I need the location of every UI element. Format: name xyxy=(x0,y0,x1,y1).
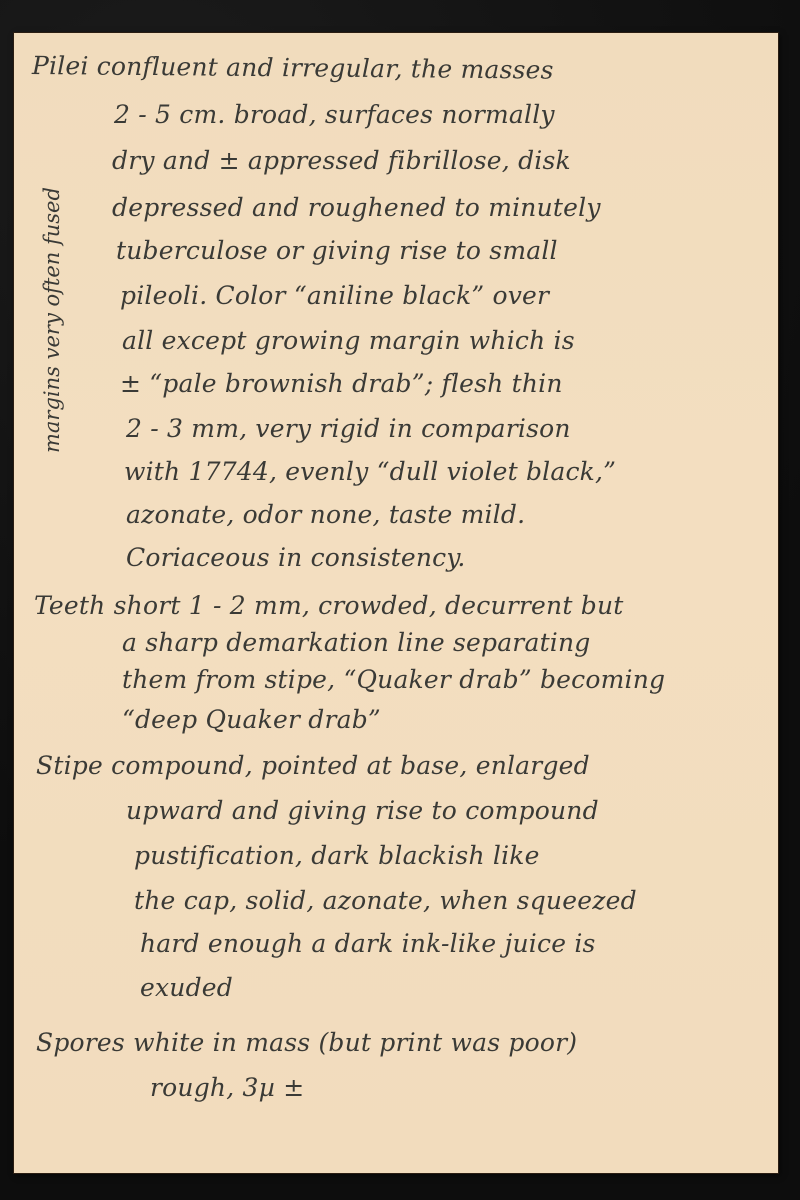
text-line: the cap, solid, azonate, when squeezed xyxy=(134,886,637,915)
text-line: dry and ± appressed fibrillose, disk xyxy=(112,146,571,175)
text-line: tuberculose or giving rise to small xyxy=(116,236,558,265)
text-line: all except growing margin which is xyxy=(122,326,575,355)
text-line: exuded xyxy=(140,973,233,1002)
text-line: 2 - 5 cm. broad, surfaces normally xyxy=(114,100,555,129)
text-line: a sharp demarkation line separating xyxy=(122,628,591,657)
margin-note: margins very often fused xyxy=(40,187,64,453)
text-line: Stipe compound, pointed at base, enlarge… xyxy=(36,751,590,780)
text-line: them from stipe, “Quaker drab” becoming xyxy=(122,665,665,694)
text-line: “deep Quaker drab” xyxy=(122,705,381,734)
text-line: azonate, odor none, taste mild. xyxy=(126,500,525,529)
text-line: Spores white in mass (but print was poor… xyxy=(36,1028,577,1057)
text-line: hard enough a dark ink-like juice is xyxy=(140,929,596,958)
index-card: margins very often fused Pilei confluent… xyxy=(14,33,778,1173)
text-line: pileoli. Color “aniline black” over xyxy=(120,281,549,310)
text-line: Coriaceous in consistency. xyxy=(126,543,466,572)
text-line: pustification, dark blackish like xyxy=(134,841,540,870)
text-line: Pilei confluent and irregular, the masse… xyxy=(32,51,554,85)
text-line: ± “pale brownish drab”; flesh thin xyxy=(120,369,563,398)
text-line: upward and giving rise to compound xyxy=(126,796,599,825)
text-line: Teeth short 1 - 2 mm, crowded, decurrent… xyxy=(34,591,624,620)
text-line: 2 - 3 mm, very rigid in comparison xyxy=(126,414,571,443)
text-line: with 17744, evenly “dull violet black,” xyxy=(124,457,616,486)
text-line: rough, 3µ ± xyxy=(150,1073,304,1102)
text-line: depressed and roughened to minutely xyxy=(112,193,601,222)
